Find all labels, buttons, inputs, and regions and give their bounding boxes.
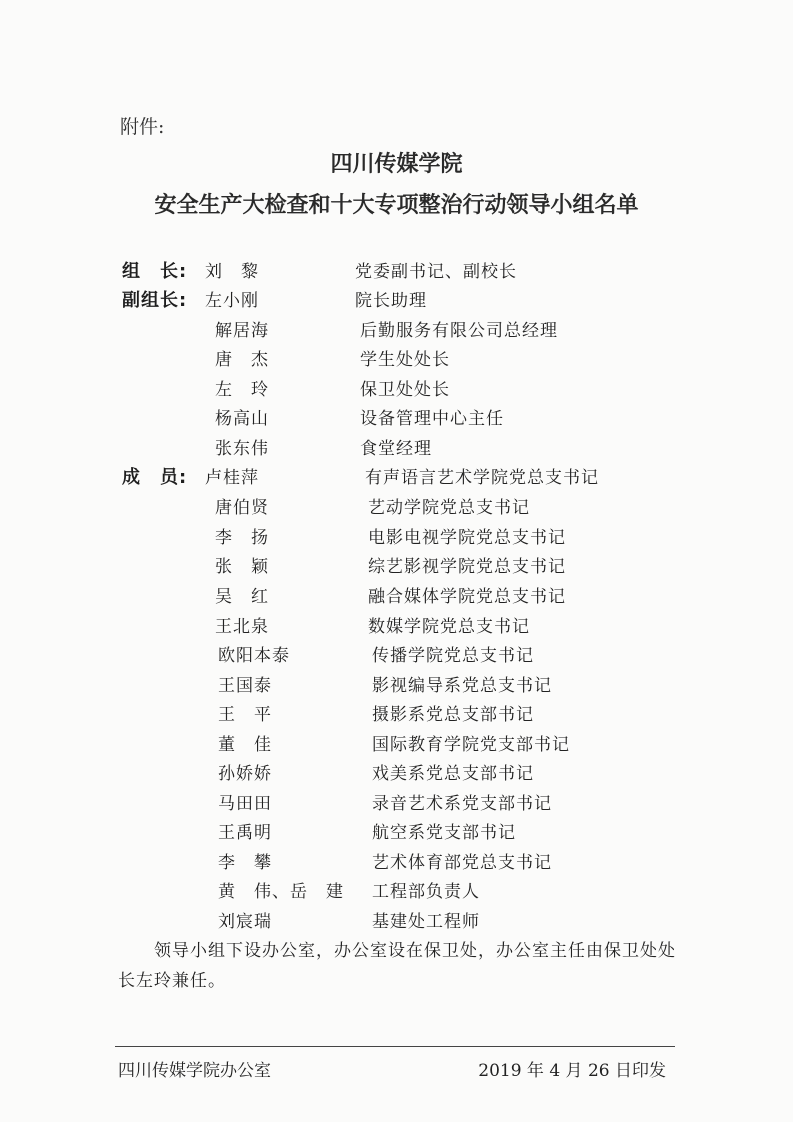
roster-row: 孙娇娇戏美系党总支部书记: [0, 760, 793, 788]
roster-row: 解居海后勤服务有限公司总经理: [0, 317, 793, 345]
roster-row: 王 平摄影系党总支部书记: [0, 701, 793, 729]
attachment-label: 附件:: [120, 112, 164, 139]
member-position: 学生处处长: [360, 346, 450, 374]
member-position: 录音艺术系党支部书记: [372, 790, 552, 818]
member-position: 院长助理: [355, 287, 427, 315]
member-position: 航空系党支部书记: [372, 819, 516, 847]
roster-row: 王北泉数媒学院党总支书记: [0, 613, 793, 641]
member-name: 解居海: [215, 317, 269, 345]
member-name: 黄 伟、岳 建: [218, 878, 344, 906]
roster-row: 李 扬电影电视学院党总支书记: [0, 524, 793, 552]
member-name: 马田田: [218, 790, 272, 818]
member-name: 王 平: [218, 701, 272, 729]
member-position: 艺术体育部党总支书记: [372, 849, 552, 877]
member-name: 刘宸瑞: [218, 908, 272, 936]
member-position: 党委副书记、副校长: [355, 258, 517, 286]
member-position: 设备管理中心主任: [360, 405, 504, 433]
member-name: 张 颖: [215, 553, 269, 581]
issuer: 四川传媒学院办公室: [118, 1056, 271, 1081]
member-name: 欧阳本泰: [218, 642, 290, 670]
member-name: 张东伟: [215, 435, 269, 463]
member-name: 左小刚: [205, 287, 259, 315]
closing-paragraph: 领导小组下设办公室，办公室设在保卫处，办公室主任由保卫处处长左玲兼任。: [118, 936, 678, 996]
role-label: 副组长:: [122, 287, 187, 315]
document-title-institution: 四川传媒学院: [0, 147, 793, 178]
member-position: 摄影系党总支部书记: [372, 701, 534, 729]
member-position: 传播学院党总支书记: [372, 642, 534, 670]
member-name: 王北泉: [215, 613, 269, 641]
member-position: 融合媒体学院党总支书记: [368, 583, 566, 611]
member-position: 国际教育学院党支部书记: [372, 731, 570, 759]
member-position: 后勤服务有限公司总经理: [360, 317, 558, 345]
member-name: 孙娇娇: [218, 760, 272, 788]
roster-row: 黄 伟、岳 建工程部负责人: [0, 878, 793, 906]
roster-row: 成 员:卢桂萍有声语言艺术学院党总支书记: [0, 464, 793, 492]
member-position: 影视编导系党总支书记: [372, 672, 552, 700]
issue-date: 2019 年 4 月 26 日印发: [430, 1056, 666, 1081]
member-name: 刘 黎: [205, 258, 259, 286]
roster-row: 吴 红融合媒体学院党总支书记: [0, 583, 793, 611]
member-position: 有声语言艺术学院党总支书记: [365, 464, 599, 492]
roster-row: 马田田录音艺术系党支部书记: [0, 790, 793, 818]
member-position: 艺动学院党总支书记: [368, 494, 530, 522]
roster-row: 组 长:刘 黎党委副书记、副校长: [0, 258, 793, 286]
member-name: 卢桂萍: [205, 464, 259, 492]
member-name: 杨高山: [215, 405, 269, 433]
member-position: 保卫处处长: [360, 376, 450, 404]
member-position: 电影电视学院党总支书记: [368, 524, 566, 552]
member-position: 综艺影视学院党总支书记: [368, 553, 566, 581]
roster-row: 王国泰影视编导系党总支书记: [0, 672, 793, 700]
role-label: 成 员:: [122, 464, 187, 492]
member-name: 李 攀: [218, 849, 272, 877]
member-name: 董 佳: [218, 731, 272, 759]
member-name: 唐伯贤: [215, 494, 269, 522]
member-name: 王禹明: [218, 819, 272, 847]
roster-row: 欧阳本泰传播学院党总支书记: [0, 642, 793, 670]
member-name: 王国泰: [218, 672, 272, 700]
member-name: 唐 杰: [215, 346, 269, 374]
roster-row: 张东伟食堂经理: [0, 435, 793, 463]
roster-row: 董 佳国际教育学院党支部书记: [0, 731, 793, 759]
roster-row: 左 玲保卫处处长: [0, 376, 793, 404]
member-position: 工程部负责人: [372, 878, 480, 906]
role-label: 组 长:: [122, 258, 187, 286]
member-position: 食堂经理: [360, 435, 432, 463]
roster-row: 李 攀艺术体育部党总支书记: [0, 849, 793, 877]
footer-divider: [115, 1046, 675, 1047]
document-title: 安全生产大检查和十大专项整治行动领导小组名单: [0, 188, 793, 219]
roster-row: 张 颖综艺影视学院党总支书记: [0, 553, 793, 581]
member-position: 戏美系党总支部书记: [372, 760, 534, 788]
roster-row: 唐伯贤艺动学院党总支书记: [0, 494, 793, 522]
member-name: 李 扬: [215, 524, 269, 552]
roster-row: 王禹明航空系党支部书记: [0, 819, 793, 847]
roster-row: 杨高山设备管理中心主任: [0, 405, 793, 433]
member-position: 基建处工程师: [372, 908, 480, 936]
member-name: 左 玲: [215, 376, 269, 404]
member-name: 吴 红: [215, 583, 269, 611]
roster-row: 唐 杰学生处处长: [0, 346, 793, 374]
roster-row: 刘宸瑞基建处工程师: [0, 908, 793, 936]
roster-row: 副组长:左小刚院长助理: [0, 287, 793, 315]
member-position: 数媒学院党总支书记: [368, 613, 530, 641]
